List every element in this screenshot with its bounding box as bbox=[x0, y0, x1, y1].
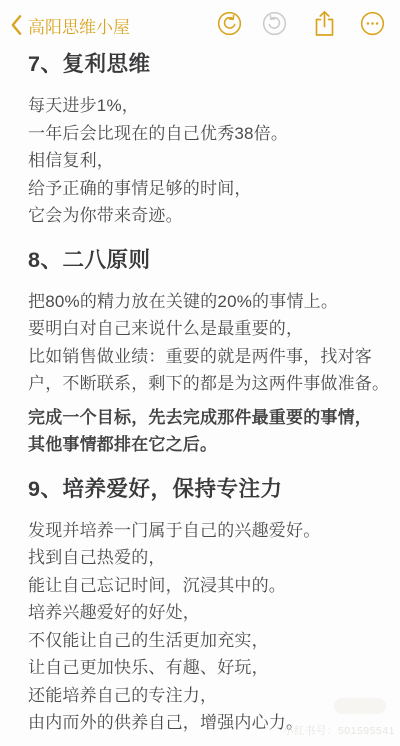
section-8-paragraph-1: 把80%的精力放在关键的20%的事情上。 要明白对自己来说什么是最重要的， 比如… bbox=[28, 288, 392, 398]
back-label: 高阳思维小屋 bbox=[28, 13, 130, 38]
section-heading-9: 9、培养爱好，保持专注力 bbox=[28, 475, 392, 503]
ellipsis-circle-icon bbox=[360, 11, 385, 39]
undo-button[interactable] bbox=[217, 11, 242, 39]
section-8-paragraph-2: 完成一个目标，先去完成那件最重要的事情， 其他事情都排在它之后。 bbox=[28, 404, 392, 459]
section-heading-8: 8、二八原则 bbox=[28, 246, 392, 274]
nav-bar: 高阳思维小屋 bbox=[0, 0, 400, 48]
watermark: 小红书号：501595541 bbox=[283, 723, 395, 738]
note-body[interactable]: 7、复利思维 每天进步1%， 一年后会比现在的自己优秀38倍。 相信复利， 给予… bbox=[0, 50, 400, 737]
more-button[interactable] bbox=[360, 11, 385, 39]
nav-actions bbox=[217, 10, 385, 40]
share-button[interactable] bbox=[313, 10, 336, 40]
chevron-left-icon bbox=[10, 14, 22, 36]
redo-icon bbox=[262, 11, 287, 39]
share-icon bbox=[313, 10, 336, 40]
undo-icon bbox=[217, 11, 242, 39]
redo-button[interactable] bbox=[262, 11, 287, 39]
watermark-blob bbox=[334, 698, 386, 714]
section-heading-7: 7、复利思维 bbox=[28, 50, 392, 78]
back-button[interactable]: 高阳思维小屋 bbox=[10, 13, 130, 38]
section-7-paragraph: 每天进步1%， 一年后会比现在的自己优秀38倍。 相信复利， 给予正确的事情足够… bbox=[28, 92, 392, 230]
